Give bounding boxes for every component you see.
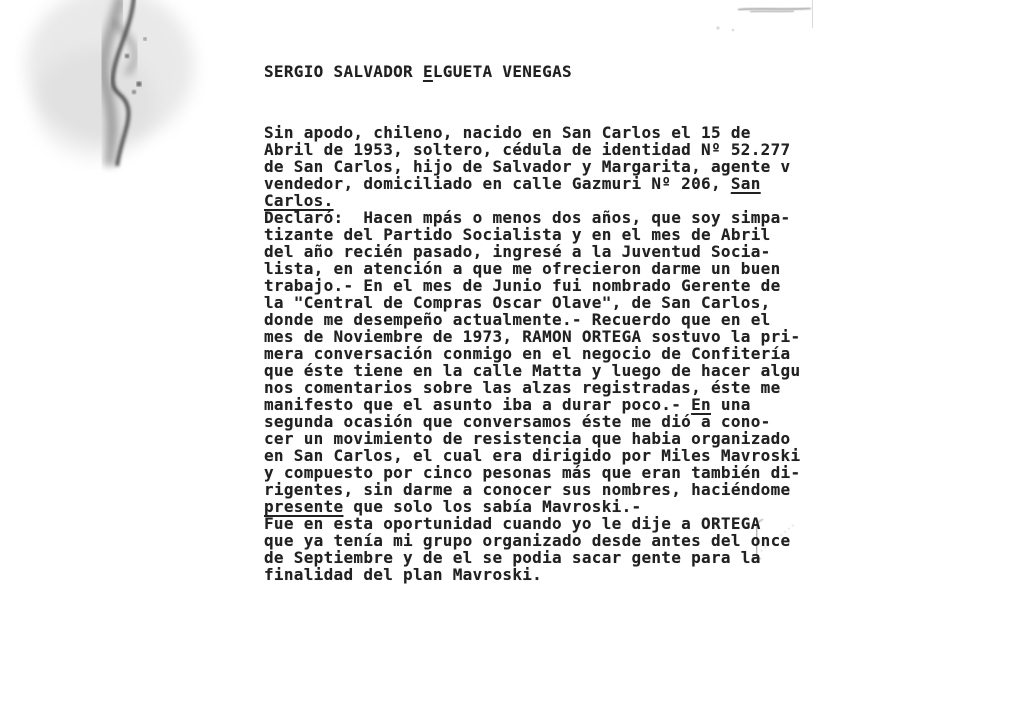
text-line: Declaró: Hacen mpás o menos dos años, qu…: [264, 209, 813, 226]
text-line: Carlos.: [264, 192, 813, 209]
text-line: rigentes, sin darme a conocer sus nombre…: [264, 481, 813, 498]
document-title: SERGIO SALVADOR ELGUETA VENEGAS: [264, 63, 813, 80]
text-segment: vendedor, domiciliado en calle Gazmuri N…: [264, 174, 731, 193]
text-segment: SERGIO SALVADOR: [264, 62, 423, 81]
text-line: tizante del Partido Socialista y en el m…: [264, 226, 813, 243]
text-segment: finalidad del plan Mavroski.: [264, 565, 542, 584]
text-line: manifesto que el asunto iba a durar poco…: [264, 396, 813, 413]
text-line: de San Carlos, hijo de Salvador y Margar…: [264, 158, 813, 175]
text-line: nos comentarios sobre las alzas registra…: [264, 379, 813, 396]
text-line: mera conversación conmigo en el negocio …: [264, 345, 813, 362]
page-edge-line: [812, 0, 813, 28]
text-segment: LGUETA VENEGAS: [433, 62, 572, 81]
text-line: del año recién pasado, ingresé a la Juve…: [264, 243, 813, 260]
text-line: y compuesto por cinco pesonas más que er…: [264, 464, 813, 481]
typewritten-text-block: SERGIO SALVADOR ELGUETA VENEGAS Sin apod…: [264, 29, 813, 617]
text-line: que éste tiene en la calle Matta y luego…: [264, 362, 813, 379]
text-line: que ya tenía mi grupo organizado desde a…: [264, 532, 813, 549]
text-line: cer un movimiento de resistencia que hab…: [264, 430, 813, 447]
text-line: Sin apodo, chileno, nacido en San Carlos…: [264, 124, 813, 141]
ink-smudge-artifact: [15, 0, 230, 174]
text-line: Abril de 1953, soltero, cédula de identi…: [264, 141, 813, 158]
underlined-text: E: [423, 62, 433, 81]
text-line: segunda ocasión que conversamos éste me …: [264, 413, 813, 430]
text-line: en San Carlos, el cual era dirigido por …: [264, 447, 813, 464]
document-body: Sin apodo, chileno, nacido en San Carlos…: [264, 124, 813, 583]
text-line: trabajo.- En el mes de Junio fui nombrad…: [264, 277, 813, 294]
text-line: finalidad del plan Mavroski.: [264, 566, 813, 583]
scanned-document-page: SERGIO SALVADOR ELGUETA VENEGAS Sin apod…: [0, 0, 1012, 717]
text-line: lista, en atención a que me ofrecieron d…: [264, 260, 813, 277]
underlined-text: San: [731, 174, 761, 193]
text-line: mes de Noviembre de 1973, RAMON ORTEGA s…: [264, 328, 813, 345]
text-line: donde me desempeño actualmente.- Recuerd…: [264, 311, 813, 328]
text-line: presente que solo los sabía Mavroski.-: [264, 498, 813, 515]
text-line: la "Central de Compras Oscar Olave", de …: [264, 294, 813, 311]
text-line: vendedor, domiciliado en calle Gazmuri N…: [264, 175, 813, 192]
text-line: de Septiembre y de el se podia sacar gen…: [264, 549, 813, 566]
text-line: Fue en esta oportunidad cuando yo le dij…: [264, 515, 813, 532]
